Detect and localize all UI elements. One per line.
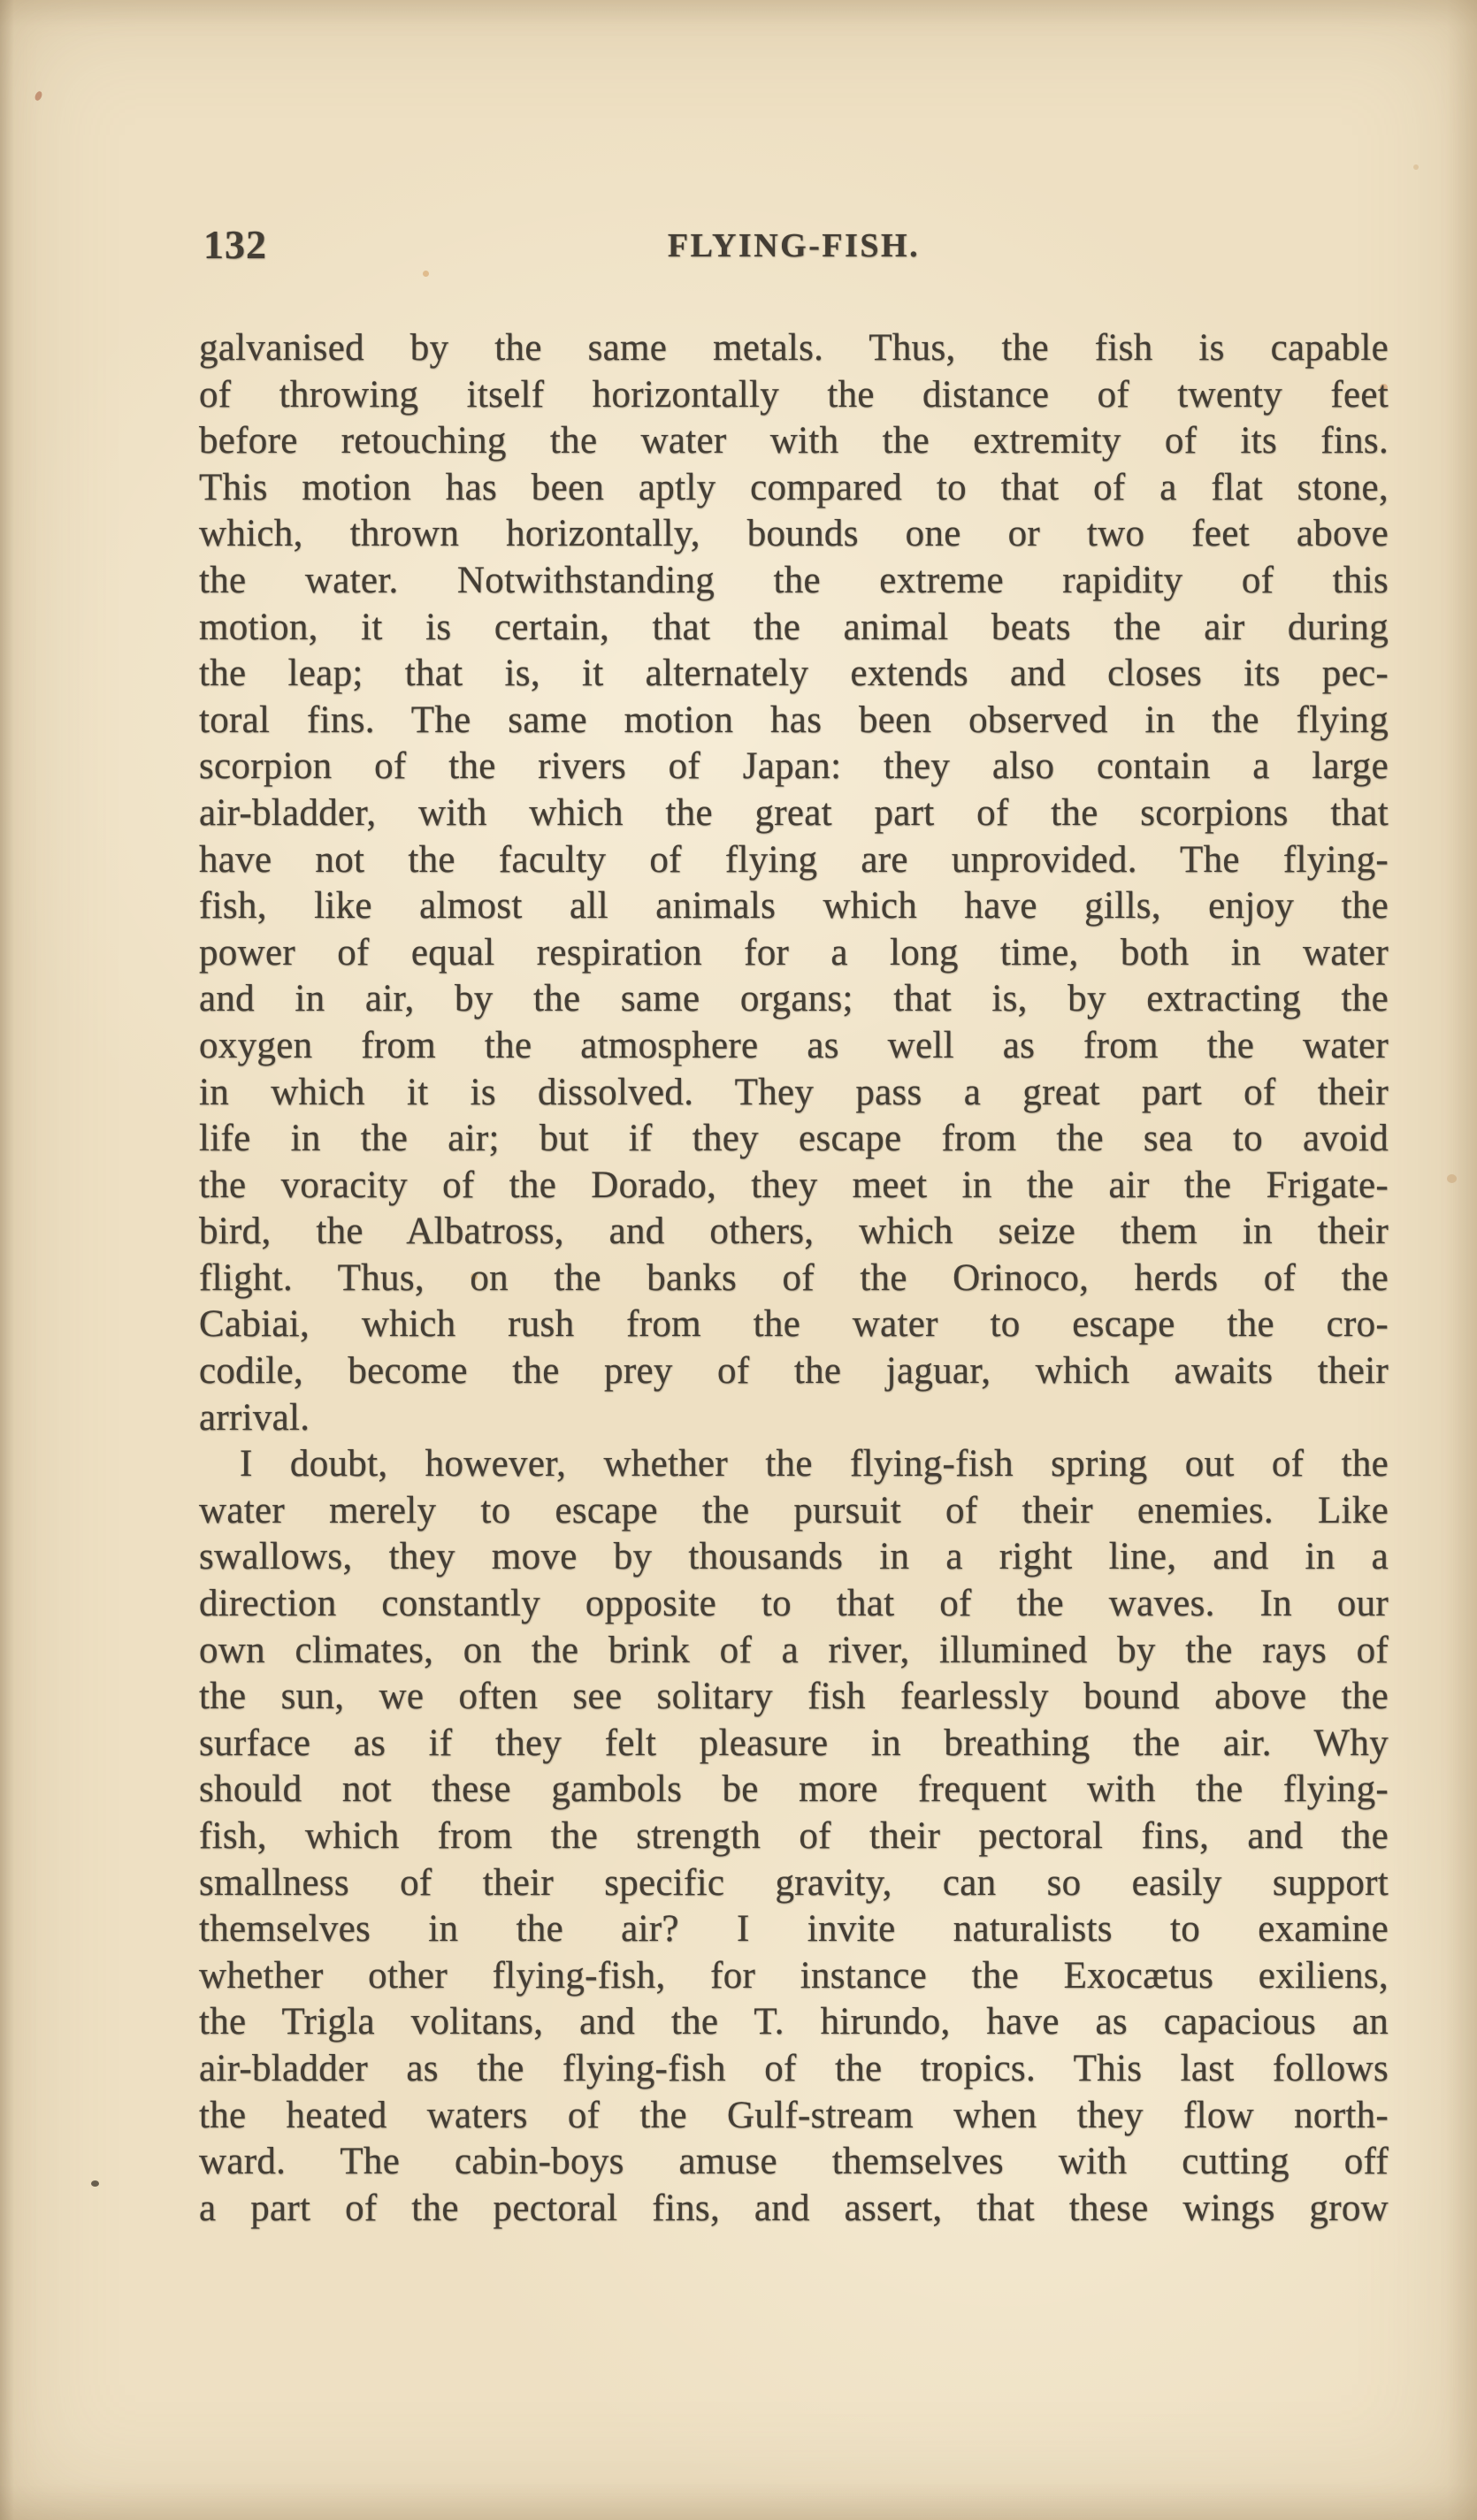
text-line: before retouching the water with the ext… <box>199 418 1389 465</box>
text-line: arrival. <box>199 1395 1389 1442</box>
text-line: smallness of their specific gravity, can… <box>199 1860 1389 1907</box>
text-line: which, thrown horizontally, bounds one o… <box>199 511 1389 558</box>
text-line: of throwing itself horizontally the dist… <box>199 372 1389 419</box>
text-line: codile, become the prey of the jaguar, w… <box>199 1348 1389 1395</box>
text-line: power of equal respiration for a long ti… <box>199 930 1389 977</box>
text-line: air-bladder as the flying-fish of the tr… <box>199 2046 1389 2093</box>
text-line: oxygen from the atmosphere as well as fr… <box>199 1023 1389 1070</box>
paper-speck <box>1413 164 1419 170</box>
text-line: a part of the pectoral fins, and assert,… <box>199 2186 1389 2233</box>
book-page: 132 FLYING-FISH. galvanised by the same … <box>0 0 1477 2520</box>
text-line: fish, which from the strength of their p… <box>199 1814 1389 1860</box>
running-title: FLYING-FISH. <box>199 226 1389 265</box>
text-line: bird, the Albatross, and others, which s… <box>199 1209 1389 1256</box>
text-line: I doubt, however, whether the flying-fis… <box>199 1441 1389 1488</box>
text-line: the heated waters of the Gulf-stream whe… <box>199 2093 1389 2140</box>
text-line: direction constantly opposite to that of… <box>199 1581 1389 1628</box>
text-line: have not the faculty of flying are unpro… <box>199 837 1389 884</box>
text-line: life in the air; but if they escape from… <box>199 1116 1389 1163</box>
text-line: should not these gambols be more frequen… <box>199 1767 1389 1814</box>
paper-speck <box>91 2180 99 2187</box>
text-line: themselves in the air? I invite naturali… <box>199 1906 1389 1953</box>
text-line: own climates, on the brink of a river, i… <box>199 1628 1389 1675</box>
paper-speck <box>423 271 429 277</box>
text-line: fish, like almost all animals which have… <box>199 883 1389 930</box>
text-line: the voracity of the Dorado, they meet in… <box>199 1163 1389 1210</box>
text-line: Cabiai, which rush from the water to esc… <box>199 1302 1389 1348</box>
text-line: motion, it is certain, that the animal b… <box>199 605 1389 652</box>
paper-speck <box>34 90 43 102</box>
body-text: galvanised by the same metals. Thus, the… <box>199 325 1389 2232</box>
text-line: water merely to escape the pursuit of th… <box>199 1488 1389 1535</box>
page-header: 132 FLYING-FISH. <box>199 221 1389 271</box>
text-line: the leap; that is, it alternately extend… <box>199 651 1389 698</box>
text-line: This motion has been aptly compared to t… <box>199 465 1389 512</box>
text-line: the water. Notwithstanding the extreme r… <box>199 558 1389 605</box>
text-line: air-bladder, with which the great part o… <box>199 790 1389 837</box>
text-line: ward. The cabin-boys amuse themselves wi… <box>199 2139 1389 2186</box>
text-line: galvanised by the same metals. Thus, the… <box>199 325 1389 372</box>
text-line: swallows, they move by thousands in a ri… <box>199 1534 1389 1581</box>
text-line: in which it is dissolved. They pass a gr… <box>199 1070 1389 1117</box>
paragraph: galvanised by the same metals. Thus, the… <box>199 325 1389 1441</box>
text-line: flight. Thus, on the banks of the Orinoc… <box>199 1256 1389 1302</box>
text-line: scorpion of the rivers of Japan: they al… <box>199 744 1389 790</box>
text-line: the sun, we often see solitary fish fear… <box>199 1674 1389 1721</box>
text-line: the Trigla volitans, and the T. hirundo,… <box>199 1999 1389 2046</box>
text-line: surface as if they felt pleasure in brea… <box>199 1721 1389 1768</box>
paper-speck <box>1447 1174 1457 1183</box>
text-line: whether other flying-fish, for instance … <box>199 1953 1389 2000</box>
text-line: and in air, by the same organs; that is,… <box>199 976 1389 1023</box>
paragraph: I doubt, however, whether the flying-fis… <box>199 1441 1389 2232</box>
text-line: toral fins. The same motion has been obs… <box>199 698 1389 745</box>
